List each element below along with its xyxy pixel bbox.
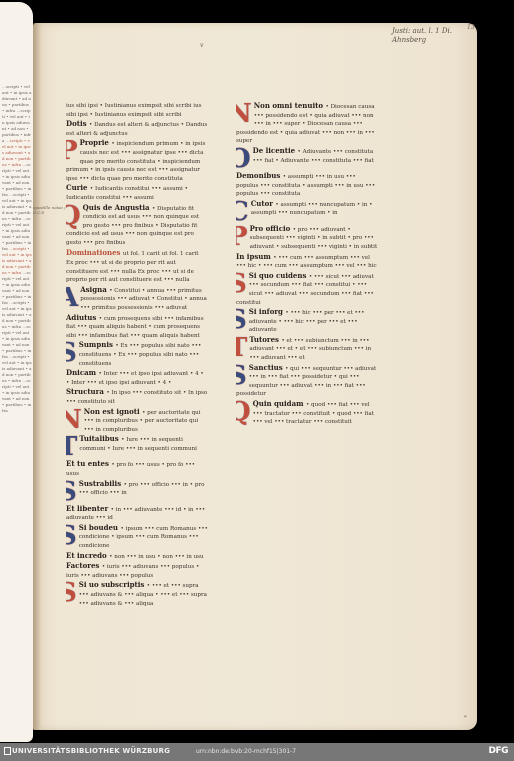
- previous-page-edge: …scripti • vel aut • in ipsis adiuvant •…: [0, 2, 33, 742]
- entry-text: Curie • Iudicantis constitui ••• assumi …: [66, 184, 208, 202]
- library-logo-text: UNIVERSITÄTSBIBLIOTHEK WÜRZBURG: [12, 747, 170, 755]
- entry-heading: Dotis: [66, 120, 89, 128]
- manuscript-entry: SSi uo subscriptis • ••• et ••• supra ••…: [66, 581, 208, 608]
- entry-heading: Adiutus: [66, 314, 99, 322]
- entry-body: Ex proc ••• ut si de proprio per rit aut…: [66, 260, 194, 283]
- entry-body: • Diocesan causa ••• possidendo est • qu…: [236, 104, 375, 144]
- entry-heading: Et libenter: [66, 505, 111, 513]
- entry-heading: Si uo subscriptis: [79, 581, 147, 589]
- manuscript-entry: SSanctius • qui ••• sequuntur ••• adiuva…: [236, 364, 378, 399]
- manuscript-entry: NNon omni tenuito • Diocesan causa ••• p…: [236, 102, 378, 146]
- manuscript-entry: Dotis • Dandus est alteri & adjunctus • …: [66, 120, 208, 138]
- entry-heading: Si inforg: [249, 308, 286, 316]
- library-logo[interactable]: UNIVERSITÄTSBIBLIOTHEK WÜRZBURG: [4, 747, 170, 755]
- manuscript-entry: PProprie • inspiciendum primum • in ipsi…: [66, 139, 208, 183]
- entry-heading: Si boudeu: [79, 524, 121, 532]
- urn-identifier: urn:nbn:de:bvb:20-mchf15|301-7: [196, 748, 296, 755]
- manuscript-entry: Et tu entes • pro fo ••• usus • pro fo •…: [66, 460, 208, 478]
- entry-text: ius sibi ipsi • Iustinianus eximpsit sib…: [66, 102, 208, 119]
- manuscript-entry: SSi inforg • ••• hic ••• per ••• et ••• …: [236, 308, 378, 335]
- decorated-initial: S: [66, 341, 77, 365]
- manuscript-entry: Dnicam • Inter ••• et ipso ipsi adiuvant…: [66, 369, 208, 387]
- decorated-initial: S: [66, 480, 77, 504]
- decorated-initial: S: [236, 308, 247, 332]
- viewer-footer: UNIVERSITÄTSBIBLIOTHEK WÜRZBURG urn:nbn:…: [0, 743, 514, 761]
- entry-text: Si inforg • ••• hic ••• per ••• et ••• a…: [236, 308, 378, 335]
- entry-heading: In ipsum: [236, 253, 273, 261]
- entry-heading: Asigna: [80, 286, 109, 294]
- entry-heading: Proprie: [80, 139, 112, 147]
- manuscript-entry: Et incredo • non ••• in usu • non ••• in…: [66, 552, 208, 562]
- entry-text: Factores • iuris ••• adiuvans ••• populu…: [66, 562, 208, 580]
- entry-heading: Cutor: [251, 200, 276, 208]
- entry-text: Et tu entes • pro fo ••• usus • pro fo •…: [66, 460, 208, 478]
- entry-text: Adiutus • cum prosequens sibi ••• infami…: [66, 314, 208, 341]
- decorated-initial: S: [236, 364, 247, 388]
- manuscript-entry: Ex proc ••• ut si de proprio per rit aut…: [66, 259, 208, 285]
- decorated-initial: S: [66, 581, 77, 605]
- manuscript-entry: ius sibi ipsi • Iustinianus eximpsit sib…: [66, 102, 208, 119]
- entry-text: Sustrabilis • pro ••• officio ••• in • p…: [66, 480, 208, 498]
- decorated-initial: A: [66, 286, 78, 310]
- manuscript-entry: PPro officio • pro ••• adiuvant • subseq…: [236, 225, 378, 252]
- dfg-logo[interactable]: DFG: [488, 746, 508, 756]
- manuscript-entry: AAsigna • Constitui • annua ••• primitus…: [66, 286, 208, 313]
- manuscript-entry: CCutor • assumpti ••• nuncupatum • in • …: [236, 200, 378, 224]
- manuscript-entry: Structura • In ipso ••• constituto sit •…: [66, 388, 208, 406]
- gutter-shadow: [33, 23, 41, 730]
- entry-text: Proprie • inspiciendum primum • in ipsis…: [66, 139, 208, 183]
- entry-heading: Sustrabilis: [79, 480, 124, 488]
- column-mark: v: [200, 42, 203, 49]
- manuscript-entry: ODe licentie • Adiuvante ••• constituta …: [236, 147, 378, 171]
- entry-text: Demonibus • assumpti ••• in usu ••• popu…: [236, 172, 378, 199]
- entry-text: Quis de Angustia • Disputatio fit condic…: [66, 204, 208, 248]
- decorated-initial: Q: [236, 400, 251, 424]
- manuscript-entry: QQuis de Angustia • Disputatio fit condi…: [66, 204, 208, 248]
- decorated-initial: S: [236, 272, 247, 296]
- decorated-initial: N: [236, 102, 252, 126]
- entry-body: ut fol. 1 carit ut fol. 1 carit: [123, 251, 199, 257]
- entry-text: Si quo cuidens • ••• sicut ••• adiuvat •…: [236, 272, 378, 307]
- entry-heading: Curie: [66, 184, 90, 192]
- entry-heading: Tutores: [249, 336, 281, 344]
- decorated-initial: P: [66, 139, 78, 163]
- entry-heading: Dominationes: [66, 249, 123, 257]
- entry-heading: Dnicam: [66, 369, 98, 377]
- entry-text: Et incredo • non ••• in usu • non ••• in…: [66, 552, 208, 562]
- entry-text: Structura • In ipso ••• constituto sit •…: [66, 388, 208, 406]
- decorated-initial: O: [236, 147, 251, 171]
- entry-text: Pro officio • pro ••• adiuvant • subsequ…: [236, 225, 378, 252]
- entry-text: Tutores • et ••• subiunctum ••• in ••• a…: [236, 336, 378, 363]
- entry-heading: Sanctius: [249, 364, 285, 372]
- entry-text: Asigna • Constitui • annua ••• primitus …: [66, 286, 208, 313]
- entry-body: • non ••• in usu • non ••• in usu: [109, 554, 203, 560]
- text-column-left: ius sibi ipsi • Iustinianus eximpsit sib…: [66, 102, 208, 609]
- entry-heading: Non omni tenuito: [254, 102, 326, 110]
- manuscript-entry: QQuin quidam • quod ••• fiat ••• vel •••…: [236, 400, 378, 427]
- manuscript-entry: SSi boudeu • ipsum ••• cum Romanus ••• c…: [66, 524, 208, 551]
- entry-body: ius sibi ipsi • Iustinianus eximpsit sib…: [66, 103, 202, 118]
- library-logo-icon: [4, 747, 11, 755]
- entry-text: Dotis • Dandus est alteri & adjunctus • …: [66, 120, 208, 138]
- corner-mark: ☙: [463, 714, 467, 720]
- entry-text: Quin quidam • quod ••• fiat ••• vel ••• …: [236, 400, 378, 427]
- entry-heading: Demonibus: [236, 172, 283, 180]
- manuscript-entry: NNon est ignoti • per auctoritate qui ••…: [66, 408, 208, 435]
- entry-text: In ipsum • ••• cum ••• assumptum ••• vel…: [236, 253, 378, 271]
- entry-text: Cutor • assumpti ••• nuncupatum • in • a…: [236, 200, 378, 218]
- decorated-initial: Q: [66, 204, 81, 228]
- top-right-annotation: Justi: aut. l. 1 Di. Ahnsberg: [392, 27, 472, 45]
- entry-text: Si uo subscriptis • ••• et ••• supra •••…: [66, 581, 208, 608]
- entry-heading: De licentie: [253, 147, 298, 155]
- entry-text: Si boudeu • ipsum ••• cum Romanus ••• co…: [66, 524, 208, 551]
- entry-text: Non est ignoti • per auctoritate qui •••…: [66, 408, 208, 435]
- entry-body: • inspiciendum primum • in ipsis causis …: [66, 141, 205, 181]
- folio-number: 13: [467, 24, 475, 31]
- entry-text: Ex proc ••• ut si de proprio per rit aut…: [66, 259, 208, 285]
- entry-heading: Si quo cuidens: [249, 272, 309, 280]
- manuscript-entry: Dominationes ut fol. 1 carit ut fol. 1 c…: [66, 249, 208, 259]
- image-viewer[interactable]: …scripti • vel aut • in ipsis adiuvant •…: [0, 0, 514, 743]
- entry-text: Dominationes ut fol. 1 carit ut fol. 1 c…: [66, 249, 208, 259]
- manuscript-entry: TTuitalibus • Iure ••• in sequenti commu…: [66, 435, 208, 459]
- decorated-initial: T: [66, 435, 77, 459]
- entry-heading: Tuitalibus: [79, 435, 121, 443]
- decorated-initial: P: [236, 225, 248, 249]
- decorated-initial: S: [66, 524, 77, 548]
- manuscript-entry: Curie • Iudicantis constitui ••• assumi …: [66, 184, 208, 202]
- manuscript-entry: SSumpnis • Ex ••• populus sibi nato ••• …: [66, 341, 208, 368]
- entry-heading: Pro officio: [250, 225, 293, 233]
- text-column-right: NNon omni tenuito • Diocesan causa ••• p…: [236, 102, 378, 428]
- entry-text: Sanctius • qui ••• sequuntur ••• adiuvat…: [236, 364, 378, 399]
- decorated-initial: T: [236, 336, 247, 360]
- manuscript-entry: TTutores • et ••• subiunctum ••• in ••• …: [236, 336, 378, 363]
- entry-heading: Non est ignoti: [84, 408, 142, 416]
- manuscript-entry: Factores • iuris ••• adiuvans ••• populu…: [66, 562, 208, 580]
- entry-text: Dnicam • Inter ••• et ipso ipsi adiuvant…: [66, 369, 208, 387]
- entry-heading: Sumpnis: [79, 341, 116, 349]
- previous-page-text: …scripti • vel aut • in ipsis adiuvant •…: [2, 84, 32, 414]
- entry-heading: Structura: [66, 388, 106, 396]
- entry-text: Non omni tenuito • Diocesan causa ••• po…: [236, 102, 378, 146]
- entry-heading: Factores: [66, 562, 102, 570]
- entry-heading: Quin quidam: [253, 400, 306, 408]
- entry-text: Tuitalibus • Iure ••• in sequenti commun…: [66, 435, 208, 453]
- manuscript-entry: Et libenter • in ••• adiuvante ••• id • …: [66, 505, 208, 523]
- entry-heading: Et incredo: [66, 552, 109, 560]
- entry-heading: Quis de Angustia: [83, 204, 152, 212]
- manuscript-entry: SSustrabilis • pro ••• officio ••• in • …: [66, 480, 208, 504]
- entry-text: De licentie • Adiuvante ••• constituta •…: [236, 147, 378, 165]
- entry-text: Et libenter • in ••• adiuvante ••• id • …: [66, 505, 208, 523]
- entry-text: Sumpnis • Ex ••• populus sibi nato ••• c…: [66, 341, 208, 368]
- entry-heading: Et tu entes: [66, 460, 111, 468]
- decorated-initial: C: [236, 200, 249, 224]
- manuscript-entry: In ipsum • ••• cum ••• assumptum ••• vel…: [236, 253, 378, 271]
- decorated-initial: N: [66, 408, 82, 432]
- manuscript-entry: Demonibus • assumpti ••• in usu ••• popu…: [236, 172, 378, 199]
- manuscript-entry: Adiutus • cum prosequens sibi ••• infami…: [66, 314, 208, 341]
- manuscript-entry: SSi quo cuidens • ••• sicut ••• adiuvat …: [236, 272, 378, 307]
